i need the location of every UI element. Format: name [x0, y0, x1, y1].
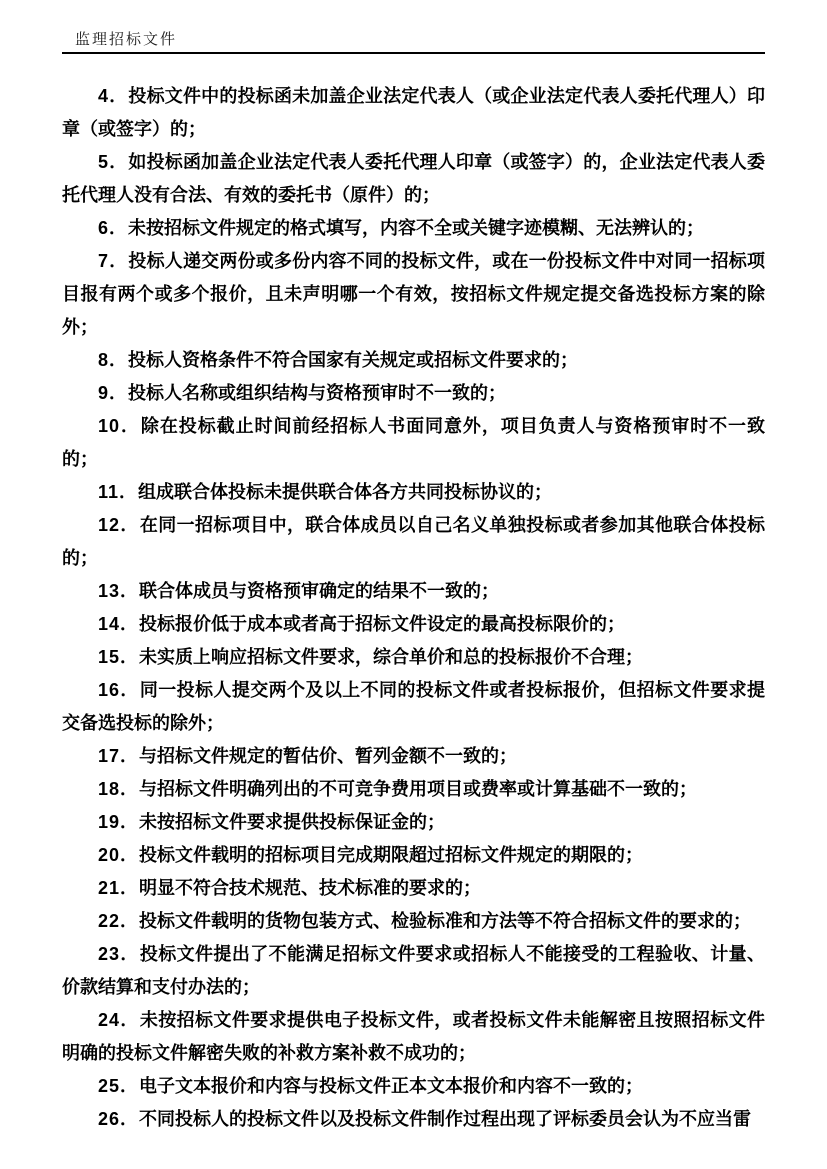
document-page: 监理招标文件 4．投标文件中的投标函未加盖企业法定代表人（或企业法定代表人委托代…	[0, 0, 827, 1169]
list-item: 21．明显不符合技术规范、技术标准的要求的；	[62, 872, 765, 905]
list-item: 11．组成联合体投标未提供联合体各方共同投标协议的；	[62, 476, 765, 509]
item-text: 未实质上响应招标文件要求，综合单价和总的投标报价不合理；	[139, 647, 643, 667]
item-text: 投标人资格条件不符合国家有关规定或招标文件要求的；	[128, 350, 578, 370]
item-text: 与招标文件明确列出的不可竞争费用项目或费率或计算基础不一致的；	[139, 779, 697, 799]
list-item: 8．投标人资格条件不符合国家有关规定或招标文件要求的；	[62, 344, 765, 377]
item-text: 如投标函加盖企业法定代表人委托代理人印章（或签字）的，企业法定代表人委托代理人没…	[62, 152, 765, 205]
item-number: 24．	[98, 1010, 140, 1030]
list-item: 22．投标文件载明的货物包装方式、检验标准和方法等不符合招标文件的要求的；	[62, 905, 765, 938]
page-header: 监理招标文件	[62, 28, 765, 54]
item-number: 6．	[98, 218, 128, 238]
list-item: 10．除在投标截止时间前经招标人书面同意外，项目负责人与资格预审时不一致的；	[62, 410, 765, 476]
item-number: 19．	[98, 812, 139, 832]
item-text: 明显不符合技术规范、技术标准的要求的；	[139, 878, 481, 898]
item-number: 17．	[98, 746, 139, 766]
list-item: 26．不同投标人的投标文件以及投标文件制作过程出现了评标委员会认为不应当雷	[62, 1103, 765, 1136]
item-text: 在同一招标项目中，联合体成员以自己名义单独投标或者参加其他联合体投标的；	[62, 515, 765, 568]
item-text: 未按招标文件要求提供投标保证金的；	[139, 812, 445, 832]
list-item: 9．投标人名称或组织结构与资格预审时不一致的；	[62, 377, 765, 410]
item-number: 13．	[98, 581, 139, 601]
item-number: 20．	[98, 845, 139, 865]
list-item: 18．与招标文件明确列出的不可竞争费用项目或费率或计算基础不一致的；	[62, 773, 765, 806]
item-number: 18．	[98, 779, 139, 799]
list-item: 15．未实质上响应招标文件要求，综合单价和总的投标报价不合理；	[62, 641, 765, 674]
item-text: 投标文件载明的货物包装方式、检验标准和方法等不符合招标文件的要求的；	[139, 911, 751, 931]
item-text: 电子文本报价和内容与投标文件正本文本报价和内容不一致的；	[139, 1076, 643, 1096]
list-item: 23．投标文件提出了不能满足招标文件要求或招标人不能接受的工程验收、计量、价款结…	[62, 938, 765, 1004]
item-text: 投标文件中的投标函未加盖企业法定代表人（或企业法定代表人委托代理人）印章（或签字…	[62, 86, 765, 139]
item-number: 14．	[98, 614, 139, 634]
item-text: 同一投标人提交两个及以上不同的投标文件或者投标报价，但招标文件要求提交备选投标的…	[62, 680, 765, 733]
item-number: 16．	[98, 680, 140, 700]
list-item: 24．未按招标文件要求提供电子投标文件，或者投标文件未能解密且按照招标文件明确的…	[62, 1004, 765, 1070]
item-number: 7．	[98, 251, 128, 271]
item-number: 12．	[98, 515, 140, 535]
list-item: 12．在同一招标项目中，联合体成员以自己名义单独投标或者参加其他联合体投标的；	[62, 509, 765, 575]
list-item: 16．同一投标人提交两个及以上不同的投标文件或者投标报价，但招标文件要求提交备选…	[62, 674, 765, 740]
list-item: 19．未按招标文件要求提供投标保证金的；	[62, 806, 765, 839]
item-number: 22．	[98, 911, 139, 931]
item-text: 投标人名称或组织结构与资格预审时不一致的；	[128, 383, 506, 403]
item-number: 21．	[98, 878, 139, 898]
item-text: 投标报价低于成本或者高于招标文件设定的最高投标限价的；	[139, 614, 625, 634]
item-text: 未按招标文件要求提供电子投标文件，或者投标文件未能解密且按照招标文件明确的投标文…	[62, 1010, 765, 1063]
item-number: 4．	[98, 86, 128, 106]
list-item: 7．投标人递交两份或多份内容不同的投标文件，或在一份投标文件中对同一招标项目报有…	[62, 245, 765, 344]
header-title: 监理招标文件	[75, 28, 765, 49]
item-number: 8．	[98, 350, 128, 370]
item-number: 25．	[98, 1076, 139, 1096]
list-item: 13．联合体成员与资格预审确定的结果不一致的；	[62, 575, 765, 608]
list-item: 6．未按招标文件规定的格式填写，内容不全或关键字迹模糊、无法辨认的；	[62, 212, 765, 245]
list-item: 25．电子文本报价和内容与投标文件正本文本报价和内容不一致的；	[62, 1070, 765, 1103]
list-item: 4．投标文件中的投标函未加盖企业法定代表人（或企业法定代表人委托代理人）印章（或…	[62, 80, 765, 146]
item-number: 23．	[98, 944, 140, 964]
list-item: 20．投标文件载明的招标项目完成期限超过招标文件规定的期限的；	[62, 839, 765, 872]
item-text: 投标人递交两份或多份内容不同的投标文件，或在一份投标文件中对同一招标项目报有两个…	[62, 251, 765, 337]
item-text: 组成联合体投标未提供联合体各方共同投标协议的；	[138, 482, 552, 502]
item-text: 不同投标人的投标文件以及投标文件制作过程出现了评标委员会认为不应当雷	[139, 1109, 751, 1129]
list-item: 5．如投标函加盖企业法定代表人委托代理人印章（或签字）的，企业法定代表人委托代理…	[62, 146, 765, 212]
item-number: 5．	[98, 152, 128, 172]
item-text: 与招标文件规定的暂估价、暂列金额不一致的；	[139, 746, 517, 766]
item-text: 除在投标截止时间前经招标人书面同意外，项目负责人与资格预审时不一致的；	[62, 416, 765, 469]
item-text: 投标文件提出了不能满足招标文件要求或招标人不能接受的工程验收、计量、价款结算和支…	[62, 944, 765, 997]
list-item: 17．与招标文件规定的暂估价、暂列金额不一致的；	[62, 740, 765, 773]
item-text: 投标文件载明的招标项目完成期限超过招标文件规定的期限的；	[139, 845, 643, 865]
document-body: 4．投标文件中的投标函未加盖企业法定代表人（或企业法定代表人委托代理人）印章（或…	[62, 80, 765, 1136]
item-text: 未按招标文件规定的格式填写，内容不全或关键字迹模糊、无法辨认的；	[128, 218, 704, 238]
list-item: 14．投标报价低于成本或者高于招标文件设定的最高投标限价的；	[62, 608, 765, 641]
item-number: 15．	[98, 647, 139, 667]
item-number: 10．	[98, 416, 141, 436]
item-number: 26．	[98, 1109, 139, 1129]
item-text: 联合体成员与资格预审确定的结果不一致的；	[139, 581, 499, 601]
item-number: 11．	[98, 482, 138, 502]
item-number: 9．	[98, 383, 128, 403]
